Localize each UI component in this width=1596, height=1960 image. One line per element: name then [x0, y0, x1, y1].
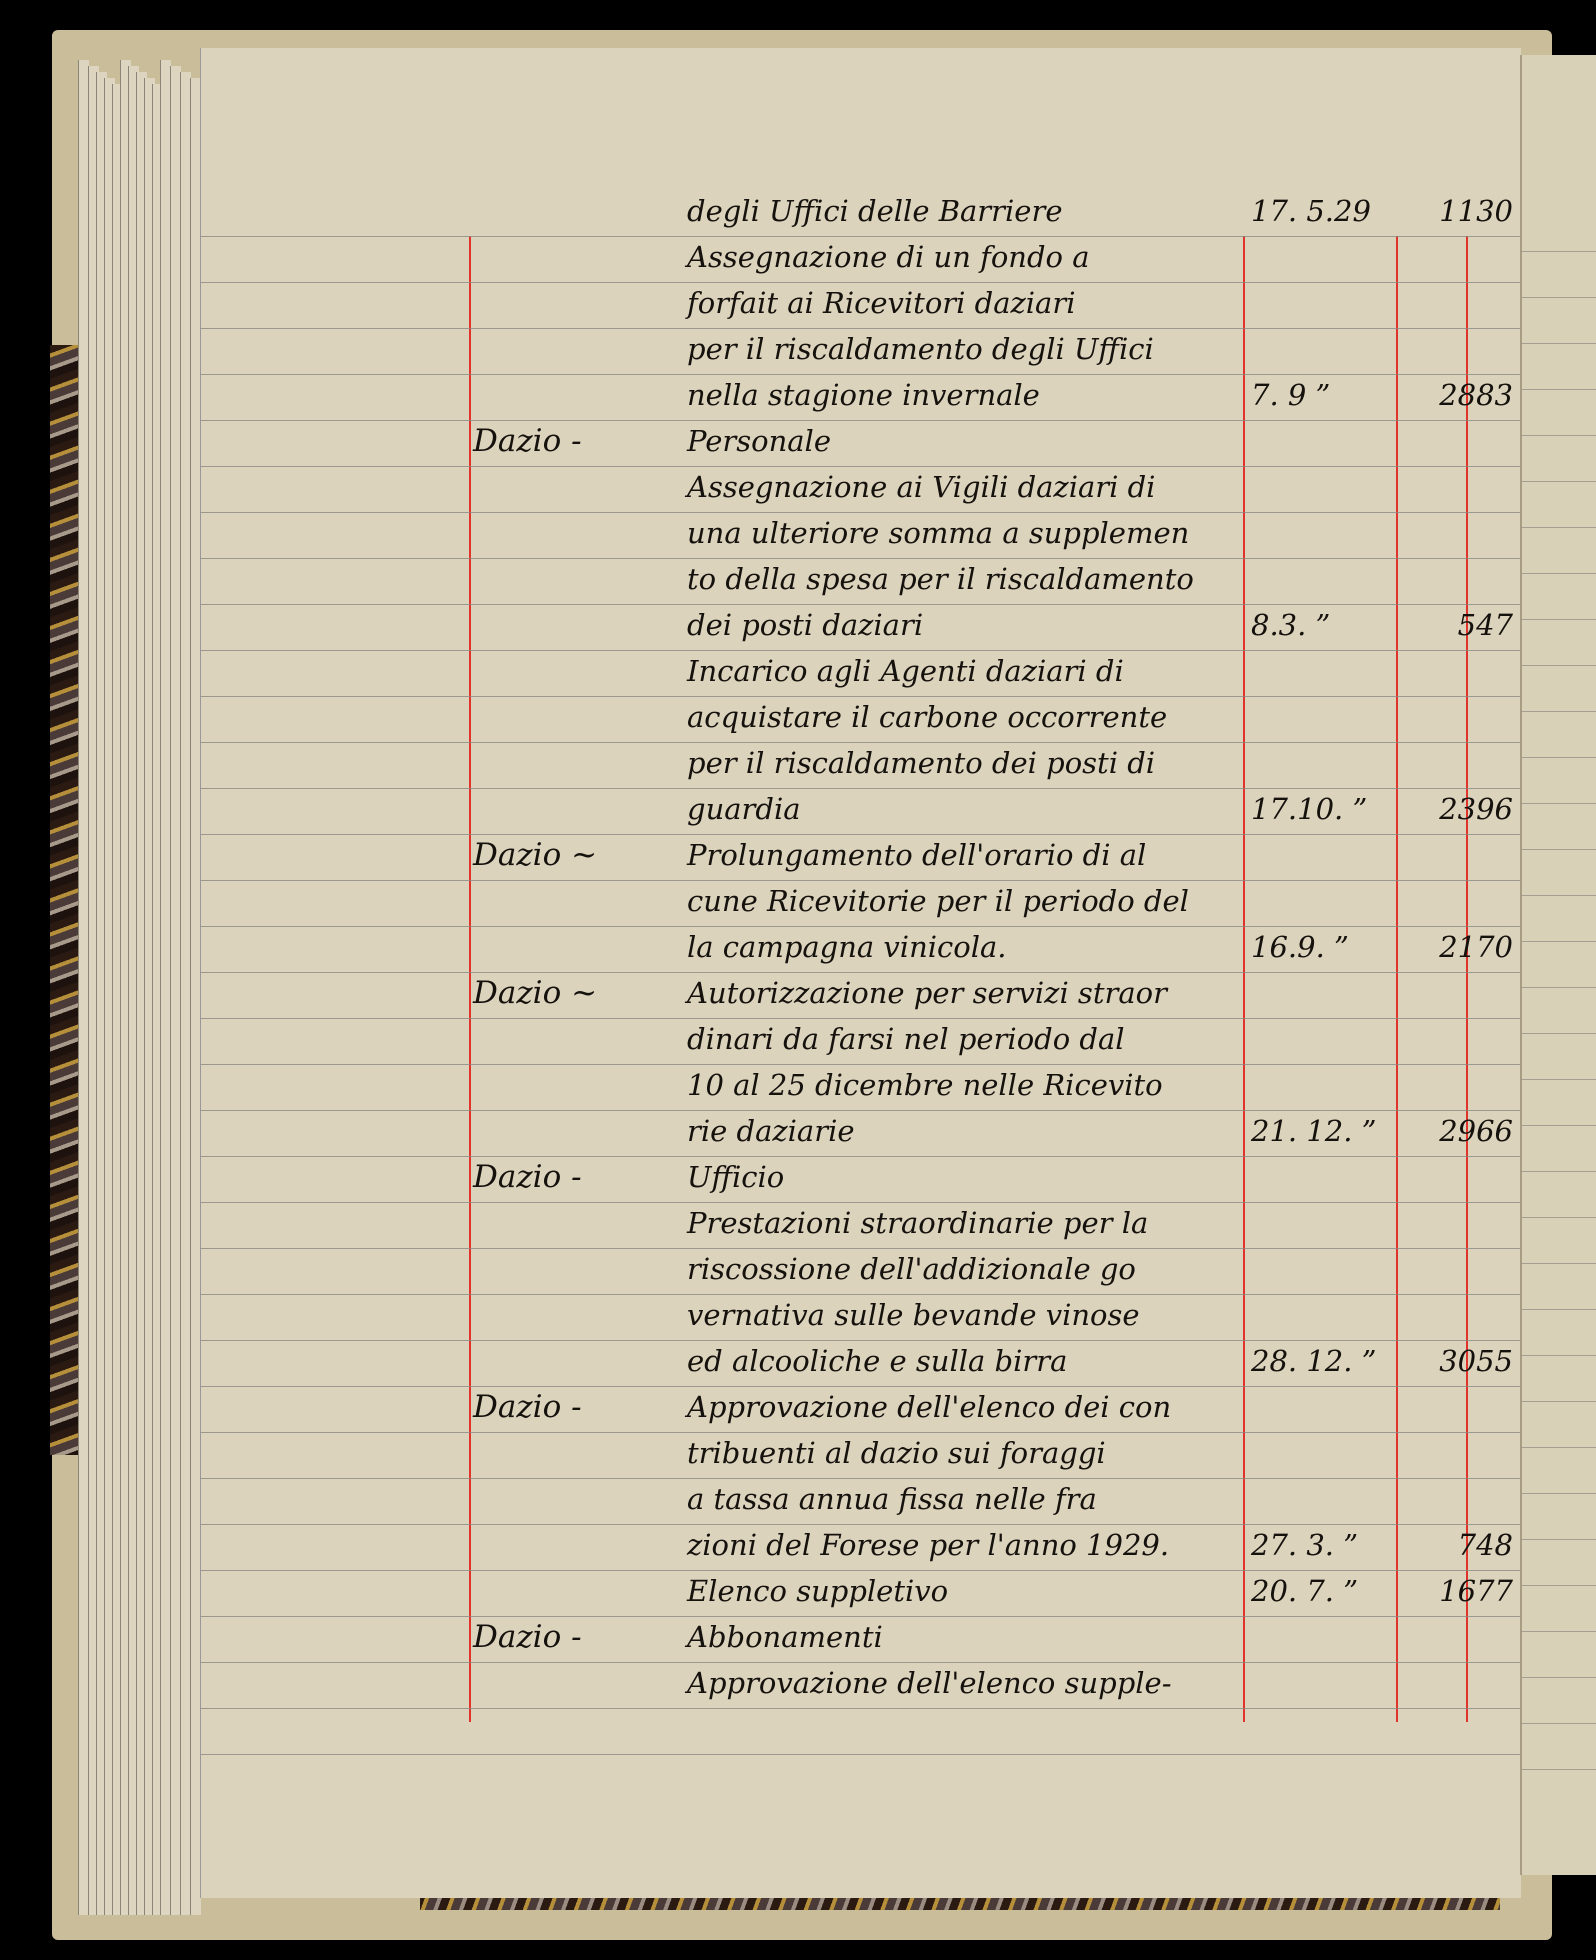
ruled-line	[1522, 941, 1596, 942]
ruled-line	[1522, 1447, 1596, 1448]
ledger-row: Elenco suppletivo20. 7. ”1677	[201, 1570, 1521, 1616]
ruled-line	[201, 1478, 1521, 1479]
description-cell: Assegnazione ai Vigili daziari di	[687, 464, 1155, 510]
ruled-line	[1522, 1539, 1596, 1540]
ledger-row: Dazio -Ufficio	[201, 1156, 1521, 1202]
ruled-line	[201, 788, 1521, 789]
ledger-row: guardia17.10. ”2396	[201, 788, 1521, 834]
number-cell: 2170	[1401, 924, 1521, 970]
ledger-row: Assegnazione di un fondo a	[201, 236, 1521, 282]
ledger-row: Approvazione dell'elenco supple-	[201, 1662, 1521, 1708]
description-cell: dei posti daziari	[687, 602, 923, 648]
number-cell: 3055	[1401, 1338, 1521, 1384]
ruled-line	[201, 1754, 1521, 1755]
ledger-row: una ulteriore somma a supplemen	[201, 512, 1521, 558]
ledger-row: per il riscaldamento degli Uffici	[201, 328, 1521, 374]
ruled-line	[1522, 1309, 1596, 1310]
description-cell: Prolungamento dell'orario di al	[687, 832, 1146, 878]
date-cell: 21. 12. ”	[1251, 1108, 1391, 1154]
ledger-row: cune Ricevitorie per il periodo del	[201, 880, 1521, 926]
date-cell: 27. 3. ”	[1251, 1522, 1391, 1568]
ruled-line	[201, 512, 1521, 513]
ruled-line	[1522, 527, 1596, 528]
ruled-line	[201, 374, 1521, 375]
ledger-row: acquistare il carbone occorrente	[201, 696, 1521, 742]
description-cell: guardia	[687, 786, 801, 832]
description-cell: 10 al 25 dicembre nelle Ricevito	[687, 1062, 1163, 1108]
ruled-line	[201, 236, 1521, 237]
ruled-line	[201, 282, 1521, 283]
ruled-line	[1522, 435, 1596, 436]
ledger-row: Assegnazione ai Vigili daziari di	[201, 466, 1521, 512]
description-cell: Incarico agli Agenti daziari di	[687, 648, 1124, 694]
ruled-line	[1522, 665, 1596, 666]
description-cell: Ufficio	[687, 1154, 784, 1200]
ruled-line	[201, 466, 1521, 467]
ruled-line	[201, 1708, 1521, 1709]
ledger-row: dei posti daziari8.3. ”547	[201, 604, 1521, 650]
description-cell: nella stagione invernale	[687, 372, 1040, 418]
ruled-line	[1522, 389, 1596, 390]
ruled-line	[1522, 481, 1596, 482]
description-cell: per il riscaldamento dei posti di	[687, 740, 1155, 786]
ledger-row: to della spesa per il riscaldamento	[201, 558, 1521, 604]
ruled-line	[1522, 1585, 1596, 1586]
ruled-line	[201, 742, 1521, 743]
ruled-line	[1522, 757, 1596, 758]
ruled-line	[1522, 711, 1596, 712]
description-cell: ed alcooliche e sulla birra	[687, 1338, 1067, 1384]
ruled-line	[201, 328, 1521, 329]
ruled-line	[1522, 619, 1596, 620]
ruled-line	[201, 972, 1521, 973]
ruled-line	[1522, 803, 1596, 804]
ledger-row: Prestazioni straordinarie per la	[201, 1202, 1521, 1248]
ledger-row: ed alcooliche e sulla birra28. 12. ”3055	[201, 1340, 1521, 1386]
ruled-line	[201, 1340, 1521, 1341]
ruled-line	[1522, 1171, 1596, 1172]
ruled-line	[201, 1110, 1521, 1111]
ruled-line	[1522, 1677, 1596, 1678]
ruled-line	[1522, 895, 1596, 896]
ruled-line	[201, 880, 1521, 881]
ruled-line	[1522, 251, 1596, 252]
ruled-line	[1522, 1217, 1596, 1218]
ruled-line	[1522, 297, 1596, 298]
description-cell: cune Ricevitorie per il periodo del	[687, 878, 1189, 924]
description-cell: degli Uffici delle Barriere	[687, 188, 1063, 234]
category-cell: Dazio -	[473, 418, 582, 464]
ruled-line	[1522, 1079, 1596, 1080]
ruled-line	[1522, 1631, 1596, 1632]
ruled-line	[1522, 1493, 1596, 1494]
ruled-line	[201, 1202, 1521, 1203]
ruled-line	[201, 1386, 1521, 1387]
description-cell: dinari da farsi nel periodo dal	[687, 1016, 1125, 1062]
ledger-row: 10 al 25 dicembre nelle Ricevito	[201, 1064, 1521, 1110]
ruled-line	[201, 1662, 1521, 1663]
category-cell: Dazio -	[473, 1154, 582, 1200]
description-cell: riscossione dell'addizionale go	[687, 1246, 1136, 1292]
date-cell: 20. 7. ”	[1251, 1568, 1391, 1614]
ruled-line	[201, 558, 1521, 559]
ruled-line	[201, 1018, 1521, 1019]
ruled-line	[1522, 1723, 1596, 1724]
description-cell: to della spesa per il riscaldamento	[687, 556, 1194, 602]
ruled-line	[201, 1570, 1521, 1571]
description-cell: forfait ai Ricevitori daziari	[687, 280, 1075, 326]
ledger-row: forfait ai Ricevitori daziari	[201, 282, 1521, 328]
ruled-line	[1522, 573, 1596, 574]
description-cell: per il riscaldamento degli Uffici	[687, 326, 1154, 372]
category-cell: Dazio -	[473, 1384, 582, 1430]
ruled-line	[201, 1524, 1521, 1525]
number-cell: 2396	[1401, 786, 1521, 832]
date-cell: 7. 9 ”	[1251, 372, 1391, 418]
ruled-line	[1522, 343, 1596, 344]
ledger-row: la campagna vinicola.16.9. ”2170	[201, 926, 1521, 972]
ledger-row: Incarico agli Agenti daziari di	[201, 650, 1521, 696]
ruled-line	[1522, 987, 1596, 988]
date-cell: 17.10. ”	[1251, 786, 1391, 832]
description-cell: Elenco suppletivo	[687, 1568, 948, 1614]
ledger-row: degli Uffici delle Barriere17. 5.291130	[201, 190, 1521, 236]
ledger-row: rie daziarie21. 12. ”2966	[201, 1110, 1521, 1156]
ruled-line	[201, 1064, 1521, 1065]
ruled-line	[1522, 1033, 1596, 1034]
description-cell: rie daziarie	[687, 1108, 855, 1154]
ledger-row: Dazio -Approvazione dell'elenco dei con	[201, 1386, 1521, 1432]
ruled-line	[201, 1616, 1521, 1617]
date-cell: 8.3. ”	[1251, 602, 1391, 648]
ledger-row: Dazio -Personale	[201, 420, 1521, 466]
date-cell: 28. 12. ”	[1251, 1338, 1391, 1384]
description-cell: Abbonamenti	[687, 1614, 883, 1660]
number-cell: 748	[1401, 1522, 1521, 1568]
description-cell: a tassa annua fissa nelle fra	[687, 1476, 1097, 1522]
description-cell: Autorizzazione per servizi straor	[687, 970, 1167, 1016]
description-cell: Prestazioni straordinarie per la	[687, 1200, 1148, 1246]
description-cell: Approvazione dell'elenco dei con	[687, 1384, 1171, 1430]
ruled-line	[201, 1432, 1521, 1433]
ledger-row: dinari da farsi nel periodo dal	[201, 1018, 1521, 1064]
facing-page-edge	[1520, 55, 1596, 1875]
description-cell: acquistare il carbone occorrente	[687, 694, 1167, 740]
ruled-line	[201, 604, 1521, 605]
ledger-row: a tassa annua fissa nelle fra	[201, 1478, 1521, 1524]
category-cell: Dazio -	[473, 1614, 582, 1660]
description-cell: zioni del Forese per l'anno 1929.	[687, 1522, 1169, 1568]
ruled-line	[201, 420, 1521, 421]
ruled-line	[1522, 1769, 1596, 1770]
ruled-line	[201, 1248, 1521, 1249]
ruled-line	[1522, 1125, 1596, 1126]
number-cell: 1130	[1401, 188, 1521, 234]
number-cell: 1677	[1401, 1568, 1521, 1614]
description-cell: la campagna vinicola.	[687, 924, 1007, 970]
category-cell: Dazio ~	[473, 832, 597, 878]
ruled-line	[201, 650, 1521, 651]
ruled-line	[1522, 1401, 1596, 1402]
description-cell: Approvazione dell'elenco supple-	[687, 1660, 1172, 1706]
ledger-row: Dazio -Abbonamenti	[201, 1616, 1521, 1662]
ruled-line	[1522, 849, 1596, 850]
ruled-line	[201, 834, 1521, 835]
ruled-line	[201, 926, 1521, 927]
description-cell: una ulteriore somma a supplemen	[687, 510, 1189, 556]
ruled-line	[201, 1156, 1521, 1157]
ruled-line	[201, 696, 1521, 697]
ledger-row: nella stagione invernale7. 9 ”2883	[201, 374, 1521, 420]
date-cell: 16.9. ”	[1251, 924, 1391, 970]
ledger-row: zioni del Forese per l'anno 1929.27. 3. …	[201, 1524, 1521, 1570]
ledger-row: per il riscaldamento dei posti di	[201, 742, 1521, 788]
number-cell: 2883	[1401, 372, 1521, 418]
description-cell: tribuenti al dazio sui foraggi	[687, 1430, 1106, 1476]
number-cell: 547	[1401, 602, 1521, 648]
number-cell: 2966	[1401, 1108, 1521, 1154]
ledger-row: Dazio ~Prolungamento dell'orario di al	[201, 834, 1521, 880]
ruled-line	[1522, 1263, 1596, 1264]
category-cell: Dazio ~	[473, 970, 597, 1016]
ruled-line	[201, 1294, 1521, 1295]
ledger-row: Dazio ~Autorizzazione per servizi straor	[201, 972, 1521, 1018]
ruled-line	[1522, 1355, 1596, 1356]
description-cell: vernativa sulle bevande vinose	[687, 1292, 1140, 1338]
ledger-row: riscossione dell'addizionale go	[201, 1248, 1521, 1294]
description-cell: Personale	[687, 418, 831, 464]
ledger-row: vernativa sulle bevande vinose	[201, 1294, 1521, 1340]
ledger-row: tribuenti al dazio sui foraggi	[201, 1432, 1521, 1478]
description-cell: Assegnazione di un fondo a	[687, 234, 1090, 280]
ledger-page: degli Uffici delle Barriere17. 5.291130A…	[200, 48, 1521, 1898]
date-cell: 17. 5.29	[1251, 188, 1391, 234]
